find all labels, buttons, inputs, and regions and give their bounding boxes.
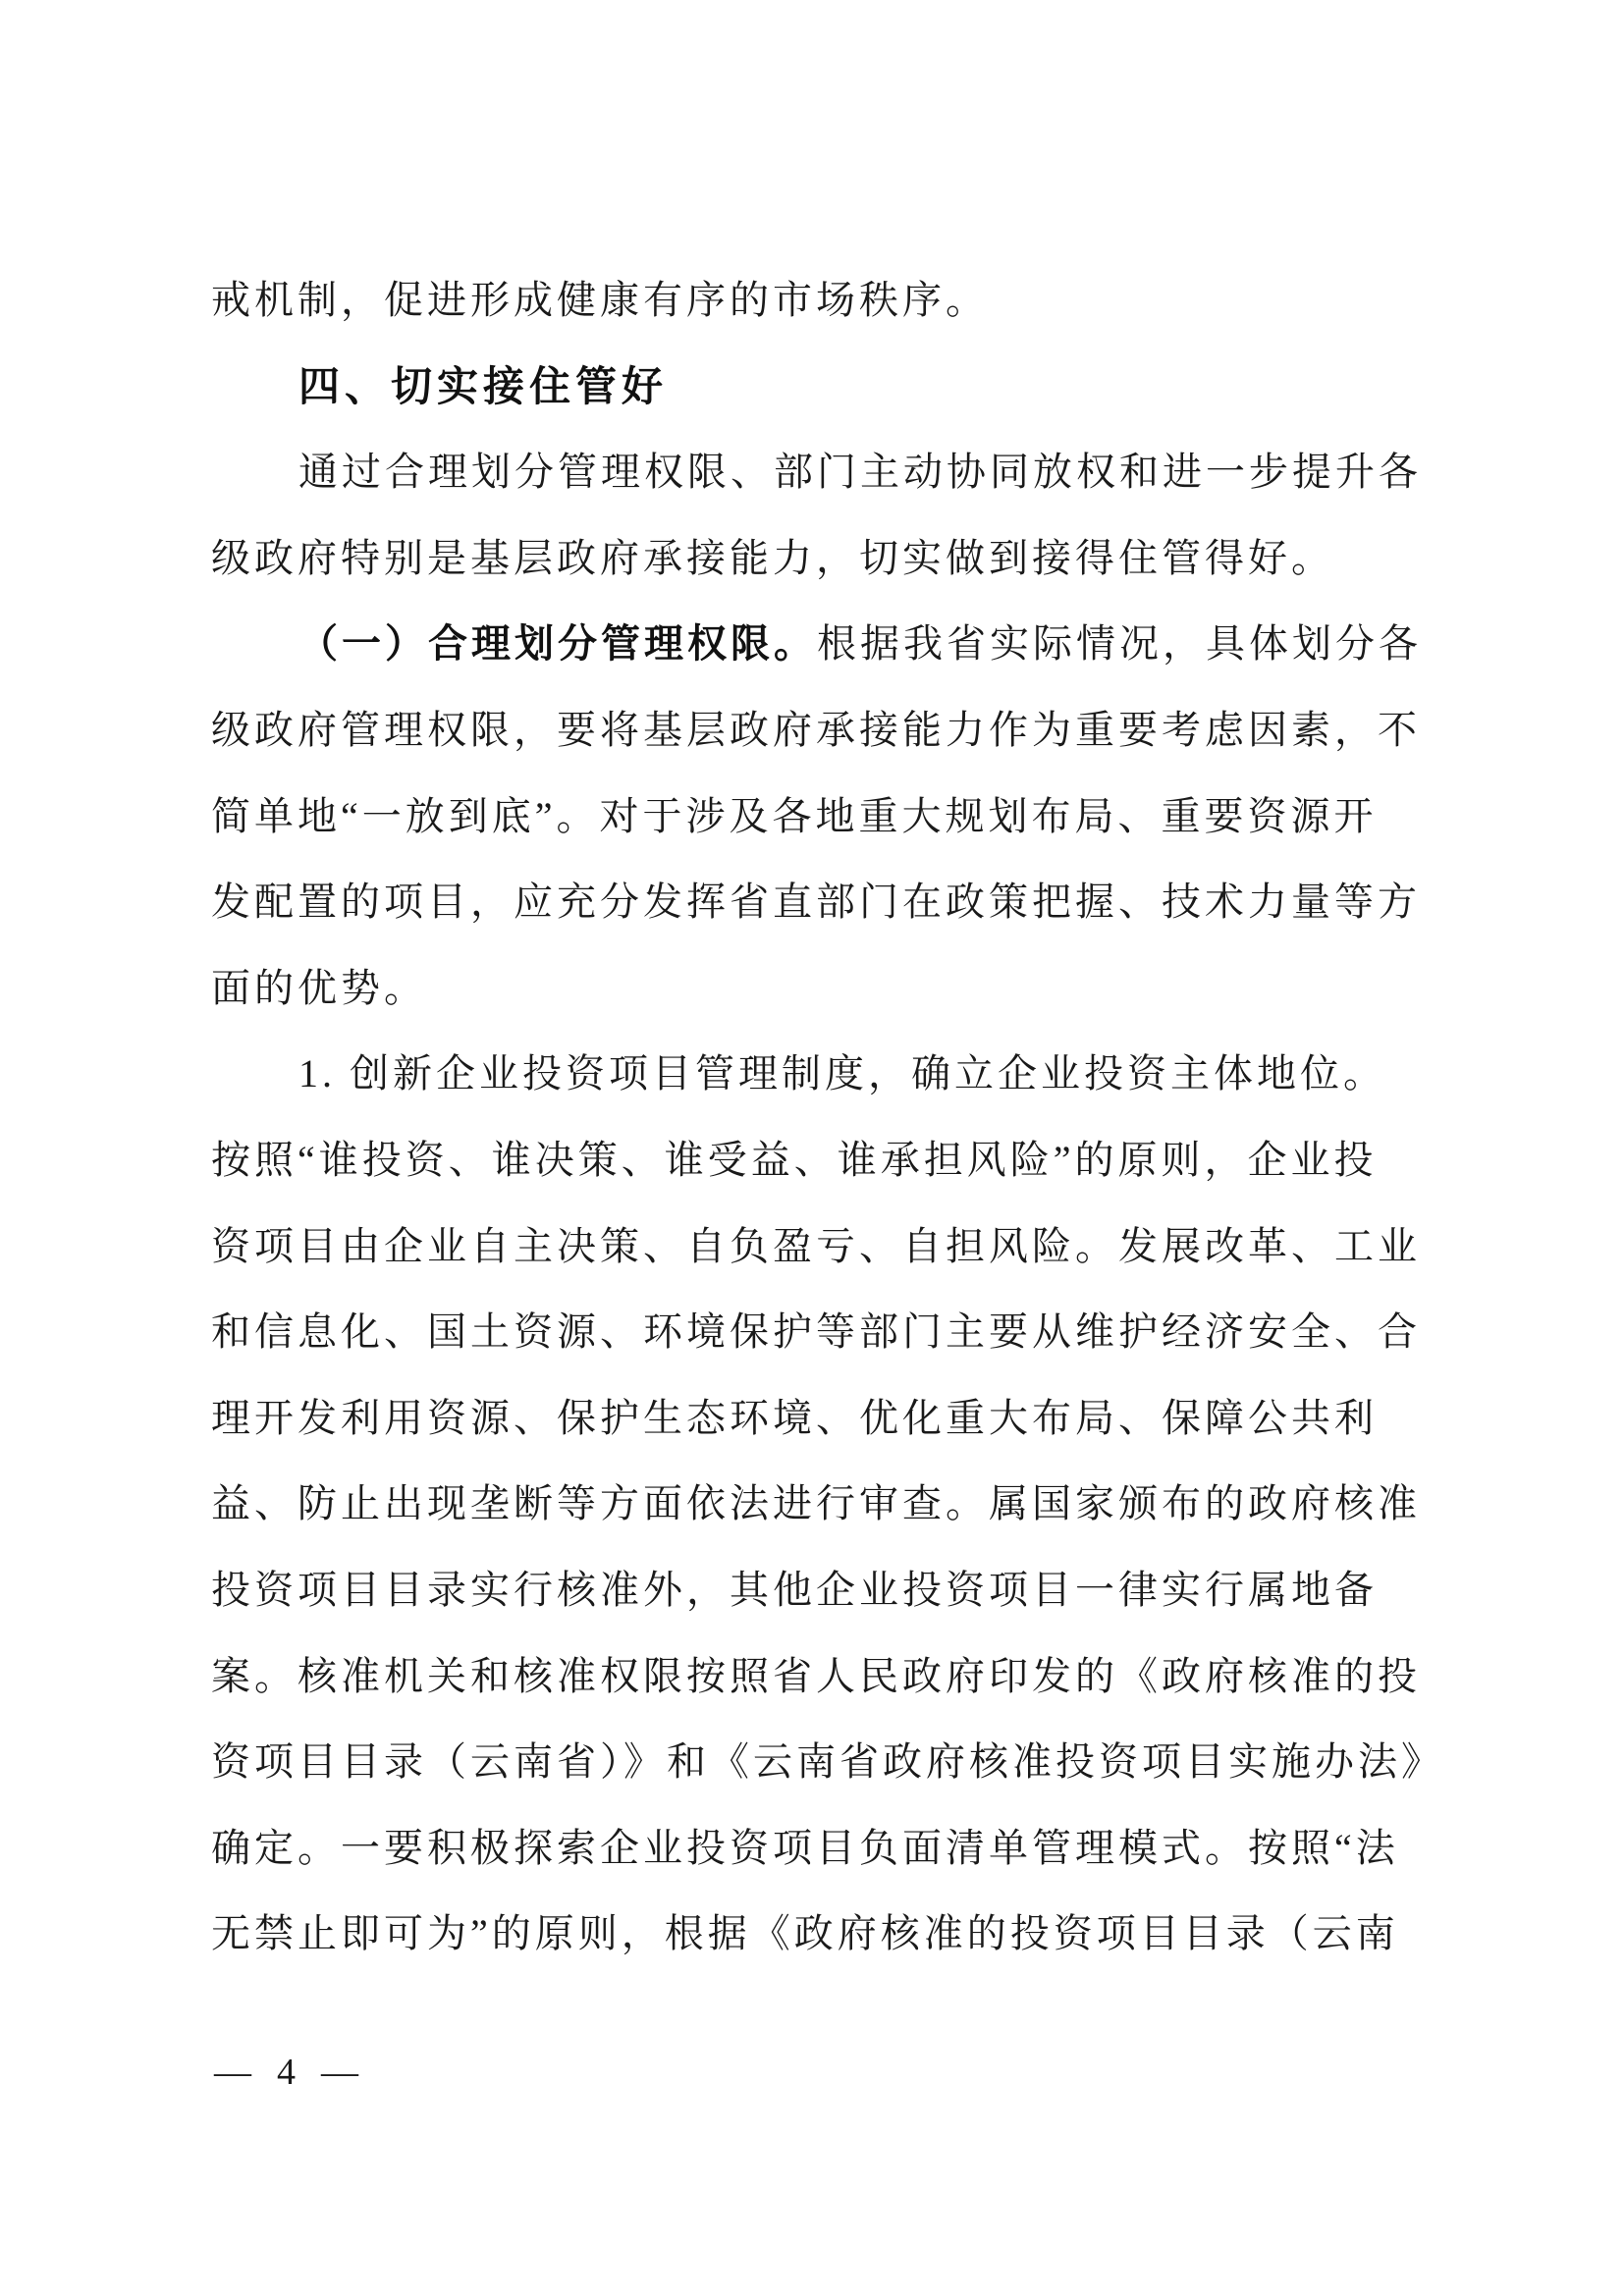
text-run: 发配置的项目，应充分发挥省直部门在政策把握、技术力量等方: [211, 880, 1421, 924]
text-run: 级政府管理权限，要将基层政府承接能力作为重要考虑因素，不: [211, 708, 1421, 752]
text-line: 益、防止出现垄断等方面依法进行审查。属国家颁布的政府核准: [211, 1461, 1424, 1547]
text-run: 无禁止即可为”的原则，根据《政府核准的投资项目目录（云南: [211, 1911, 1399, 1955]
text-line: 资项目由企业自主决策、自负盈亏、自担风险。发展改革、工业: [211, 1203, 1424, 1290]
text-line: 确定。一要积极探索企业投资项目负面清单管理模式。按照“法: [211, 1805, 1424, 1892]
text-line: 和信息化、国土资源、环境保护等部门主要从维护经济安全、合: [211, 1289, 1424, 1375]
text-line: 级政府管理权限，要将基层政府承接能力作为重要考虑因素，不: [211, 687, 1424, 774]
text-run: 案。核准机关和核准权限按照省人民政府印发的《政府核准的投: [211, 1654, 1421, 1698]
text-run: 理开发利用资源、保护生态环境、优化重大布局、保障公共利: [211, 1396, 1378, 1440]
text-run: 确定。一要积极探索企业投资项目负面清单管理模式。按照“法: [211, 1826, 1399, 1870]
footer-dash-left: —: [214, 2050, 251, 2095]
text-line: 投资项目目录实行核准外，其他企业投资项目一律实行属地备: [211, 1547, 1424, 1633]
text-line: 级政府特别是基层政府承接能力，切实做到接得住管得好。: [211, 515, 1424, 602]
text-run: 级政府特别是基层政府承接能力，切实做到接得住管得好。: [211, 536, 1334, 580]
document-body: 戒机制，促进形成健康有序的市场秩序。 四、切实接住管好 通过合理划分管理权限、部…: [211, 257, 1424, 1977]
text-line: 资项目目录（云南省）》和《云南省政府核准投资项目实施办法》: [211, 1719, 1424, 1805]
text-run: 戒机制，促进形成健康有序的市场秩序。: [211, 278, 989, 322]
text-line: （一）合理划分管理权限。根据我省实际情况，具体划分各: [211, 601, 1424, 687]
text-run: 益、防止出现垄断等方面依法进行审查。属国家颁布的政府核准: [211, 1481, 1421, 1525]
text-line: 无禁止即可为”的原则，根据《政府核准的投资项目目录（云南: [211, 1891, 1424, 1977]
text-line: 理开发利用资源、保护生态环境、优化重大布局、保障公共利: [211, 1375, 1424, 1462]
text-run: 投资项目目录实行核准外，其他企业投资项目一律实行属地备: [211, 1568, 1378, 1612]
subsection-title: （一）合理划分管理权限。: [298, 621, 817, 666]
page-footer: —4—: [214, 2050, 358, 2095]
footer-dash-right: —: [321, 2050, 358, 2095]
text-line: 戒机制，促进形成健康有序的市场秩序。: [211, 257, 1424, 344]
text-run: 面的优势。: [211, 966, 427, 1010]
text-run: 根据我省实际情况，具体划分各: [817, 621, 1422, 666]
page-number: 4: [277, 2050, 296, 2095]
text-line: 案。核准机关和核准权限按照省人民政府印发的《政府核准的投: [211, 1633, 1424, 1720]
section-heading: 四、切实接住管好: [211, 344, 1424, 430]
text-run: 1. 创新企业投资项目管理制度，确立企业投资主体地位。: [298, 1051, 1386, 1095]
text-run: 资项目由企业自主决策、自负盈亏、自担风险。发展改革、工业: [211, 1224, 1421, 1268]
text-line: 按照“谁投资、谁决策、谁受益、谁承担风险”的原则，企业投: [211, 1117, 1424, 1203]
text-run: 按照“谁投资、谁决策、谁受益、谁承担风险”的原则，企业投: [211, 1138, 1378, 1182]
text-line: 简单地“一放到底”。对于涉及各地重大规划布局、重要资源开: [211, 774, 1424, 860]
numbered-item-line: 1. 创新企业投资项目管理制度，确立企业投资主体地位。: [211, 1031, 1424, 1117]
text-run: 资项目目录（云南省）》和《云南省政府核准投资项目实施办法》: [211, 1739, 1444, 1784]
text-run: 和信息化、国土资源、环境保护等部门主要从维护经济安全、合: [211, 1309, 1421, 1354]
text-line: 面的优势。: [211, 945, 1424, 1032]
text-line: 通过合理划分管理权限、部门主动协同放权和进一步提升各: [211, 429, 1424, 515]
document-page: 戒机制，促进形成健康有序的市场秩序。 四、切实接住管好 通过合理划分管理权限、部…: [0, 0, 1624, 2296]
text-run: 通过合理划分管理权限、部门主动协同放权和进一步提升各: [298, 450, 1422, 494]
section-heading-text: 四、切实接住管好: [298, 363, 668, 409]
text-line: 发配置的项目，应充分发挥省直部门在政策把握、技术力量等方: [211, 859, 1424, 945]
text-run: 简单地“一放到底”。对于涉及各地重大规划布局、重要资源开: [211, 794, 1378, 838]
